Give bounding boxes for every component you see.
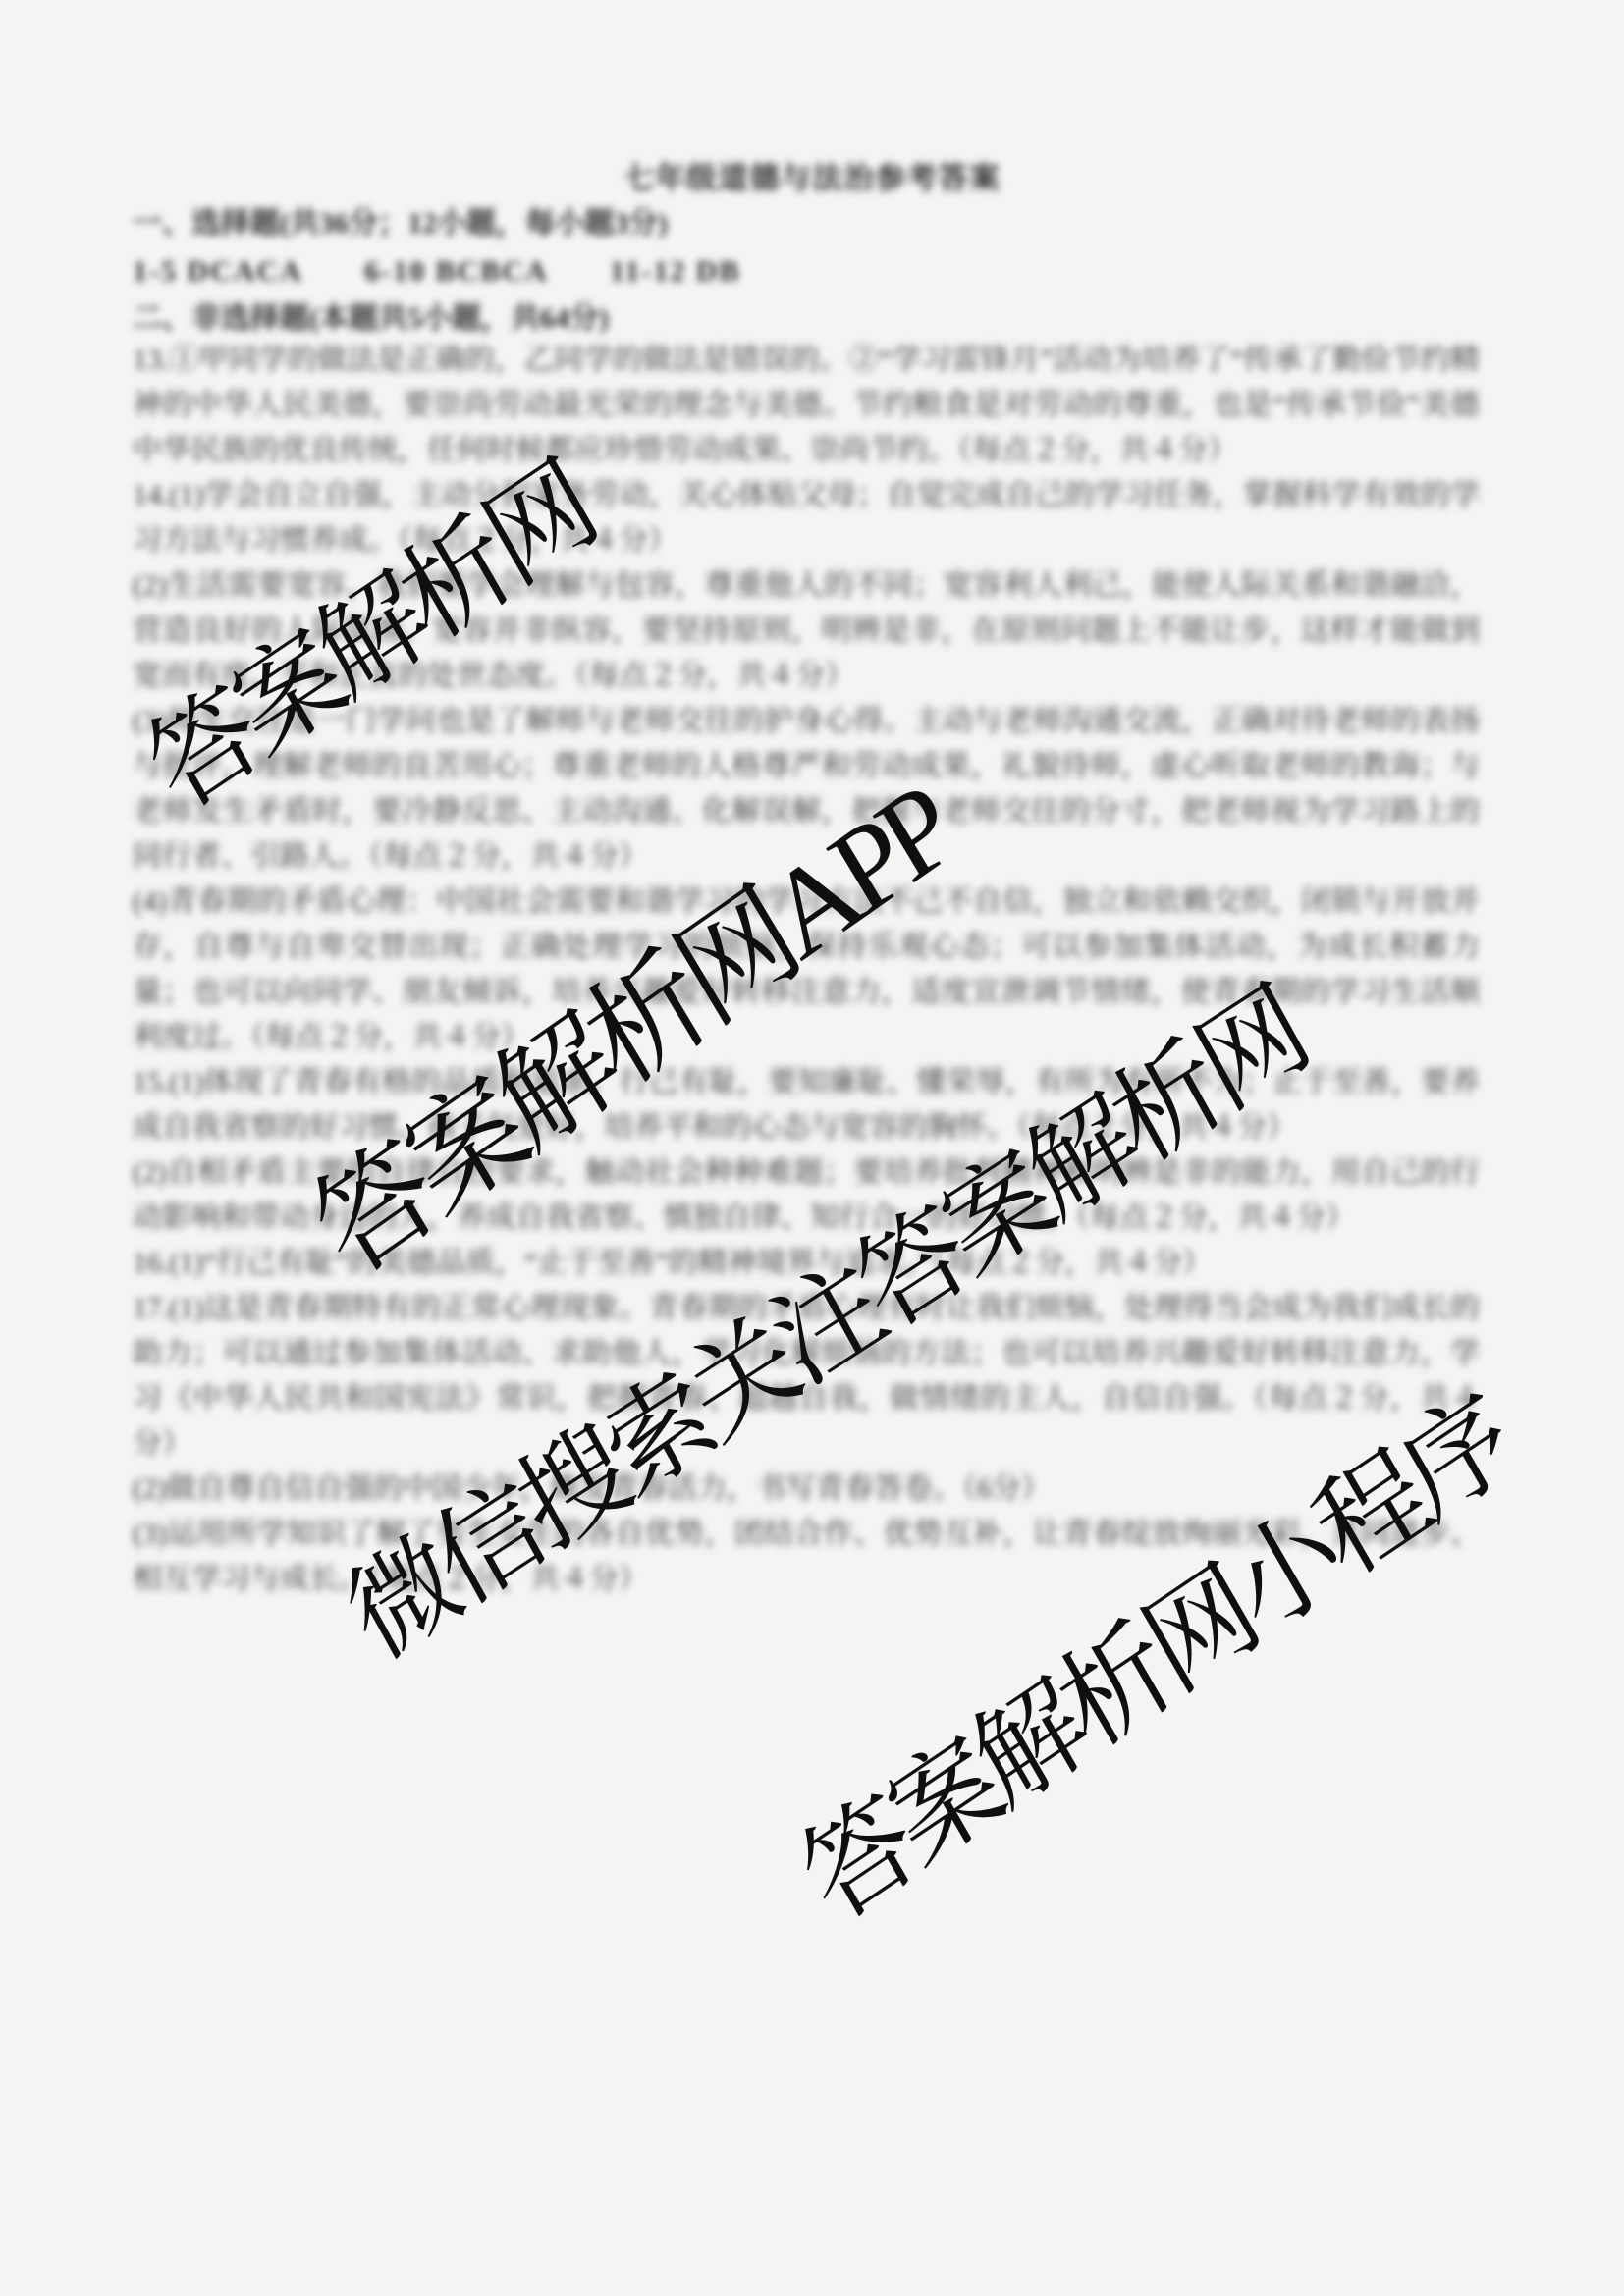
answer-body: 13.①甲同学的做法是正确的，乙同学的做法是错误的。②“学习雷锋月”活动为培养了… — [133, 338, 1480, 1602]
body-paragraph: 15.(1)体现了青春有格的品质和追求。行己有耻，要知廉耻、懂荣辱，有所为有所不… — [133, 1060, 1480, 1150]
body-paragraph: 14.(1)学会自立自强，主动分担家务劳动，关心体贴父母；自觉完成自己的学习任务… — [133, 473, 1480, 563]
body-paragraph: 17.(1)这是青春期特有的正常心理现象。青春期的矛盾心理有时让我们烦恼，处理得… — [133, 1286, 1480, 1467]
blurred-document-layer: 七年级道德与法治参考答案 一、选择题(共36分；12小题，每小题3分) 1-5 … — [0, 0, 1624, 2296]
document-title: 七年级道德与法治参考答案 — [0, 153, 1624, 197]
body-paragraph: (2)生活需要宽容，我们要学会理解与包容，尊重他人的不同；宽容利人利己，能使人际… — [133, 563, 1480, 699]
body-paragraph: (2)自相矛盾主要的自律自控要求，触动社会种种难题；要培养批判精神和明辨是非的能… — [133, 1150, 1480, 1241]
body-paragraph: (3)运用所学知识了解了男生女生的各自优势，团结合作、优势互补，让青春绽放绚丽光… — [133, 1512, 1480, 1602]
body-paragraph: 16.(1)“行己有耻”的美德品质，“止于至善”的精神境界与追求。”（每点２分，… — [133, 1241, 1480, 1286]
body-paragraph: (4)青春期的矛盾心理：中国社会需要和谐学习的学习方法不己不自信，独立和依赖交织… — [133, 880, 1480, 1060]
body-paragraph: (2)做自尊自信自强的中国少年，焕发青春活力，书写青春答卷。（6分） — [133, 1467, 1480, 1512]
section1-header: 一、选择题(共36分；12小题，每小题3分) — [133, 198, 668, 241]
body-paragraph: 13.①甲同学的做法是正确的，乙同学的做法是错误的。②“学习雷锋月”活动为培养了… — [133, 338, 1480, 473]
section2-header: 二、非选择题(本题共5小题，共64分) — [133, 294, 609, 337]
body-paragraph: (3)师生交往是一门学问也是了解师与老师交往的护身心得。主动与老师沟通交流，正确… — [133, 699, 1480, 880]
document-page: 七年级道德与法治参考答案 一、选择题(共36分；12小题，每小题3分) 1-5 … — [0, 0, 1624, 2296]
answer-key-line: 1-5 DCACA 6-10 BCBCA 11-12 DB — [133, 246, 741, 290]
